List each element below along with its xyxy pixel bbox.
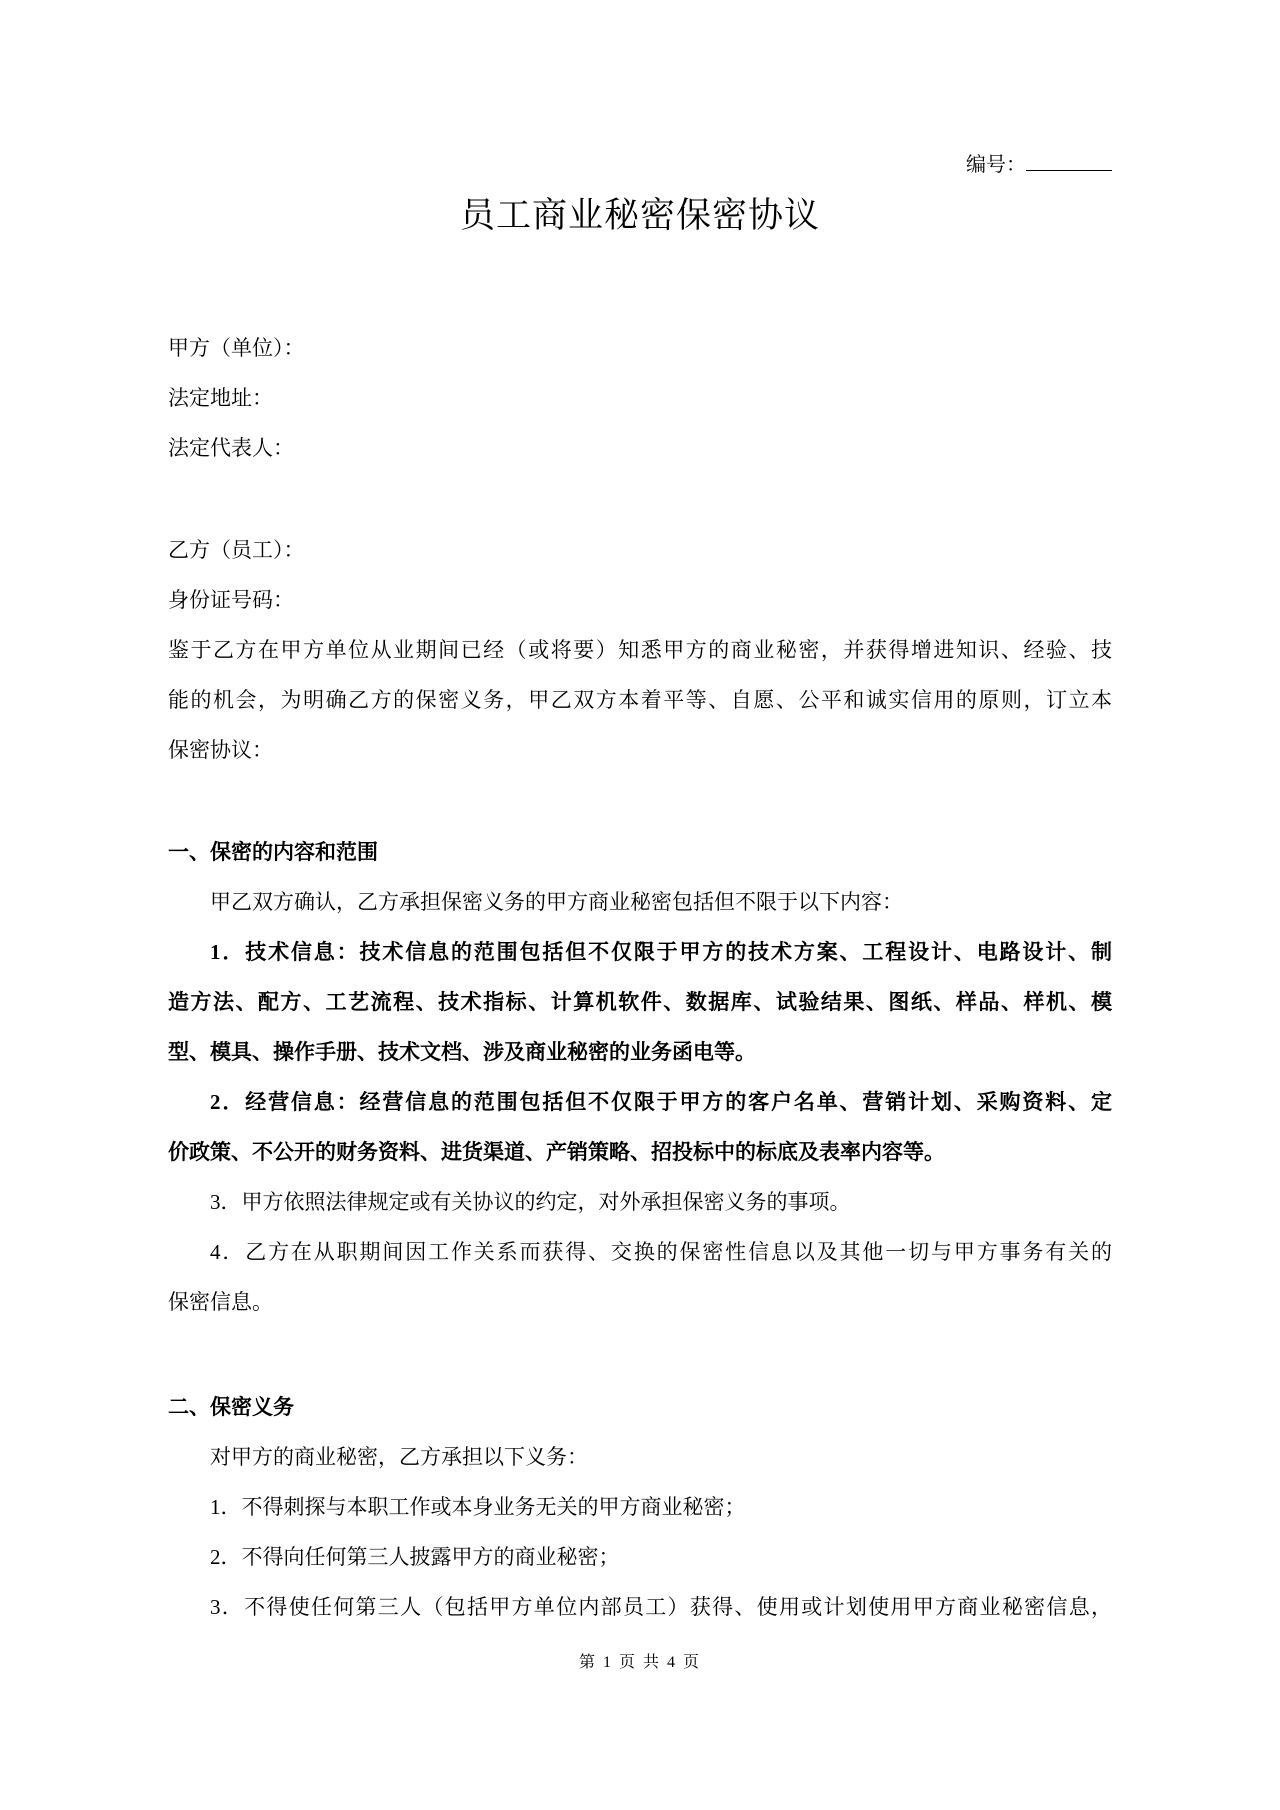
section-1-item-4-line-1: 4．乙方在从职期间因工作关系而获得、交换的保密性信息以及其他一切与甲方事务有关的: [168, 1227, 1112, 1277]
blank-line: [168, 473, 1112, 525]
section-2-intro: 对甲方的商业秘密，乙方承担以下义务：: [168, 1432, 1112, 1482]
doc-number-blank-line: [1026, 148, 1112, 171]
party-a-address-line: 法定地址：: [168, 373, 1112, 423]
page-footer: 第 1 页 共 4 页: [0, 1648, 1280, 1678]
doc-title: 员工商业秘密保密协议: [168, 190, 1112, 242]
section-1-intro: 甲乙双方确认，乙方承担保密义务的甲方商业秘密包括但不限于以下内容：: [168, 877, 1112, 927]
doc-number-row: 编号：: [168, 148, 1112, 178]
section-1-item-1-line-3: 型、模具、操作手册、技术文档、涉及商业秘密的业务函电等。: [168, 1027, 1112, 1077]
preamble-line-1: 鉴于乙方在甲方单位从业期间已经（或将要）知悉甲方的商业秘密，并获得增进知识、经验…: [168, 625, 1112, 675]
section-1-item-4-line-2: 保密信息。: [168, 1277, 1112, 1327]
preamble-line-3: 保密协议：: [168, 725, 1112, 775]
blank-line: [168, 775, 1112, 827]
section-2-heading: 二、保密义务: [168, 1382, 1112, 1432]
section-1-heading: 一、保密的内容和范围: [168, 827, 1112, 877]
party-b-name-line: 乙方（员工）：: [168, 525, 1112, 575]
document-page: 编号： 员工商业秘密保密协议 甲方（单位）： 法定地址： 法定代表人： 乙方（员…: [0, 0, 1280, 1810]
doc-number-label: 编号：: [966, 154, 1026, 176]
document-content: 编号： 员工商业秘密保密协议 甲方（单位）： 法定地址： 法定代表人： 乙方（员…: [168, 0, 1112, 1632]
section-1-item-1-line-1: 1．技术信息：技术信息的范围包括但不仅限于甲方的技术方案、工程设计、电路设计、制: [168, 927, 1112, 977]
blank-line: [168, 1327, 1112, 1382]
section-1-item-2-line-2: 价政策、不公开的财务资料、进货渠道、产销策略、招投标中的标底及表率内容等。: [168, 1127, 1112, 1177]
party-a-representative-line: 法定代表人：: [168, 423, 1112, 473]
preamble-line-2: 能的机会，为明确乙方的保密义务，甲乙双方本着平等、自愿、公平和诚实信用的原则，订…: [168, 675, 1112, 725]
party-a-name-line: 甲方（单位）：: [168, 323, 1112, 373]
section-1-item-1-line-2: 造方法、配方、工艺流程、技术指标、计算机软件、数据库、试验结果、图纸、样品、样机…: [168, 977, 1112, 1027]
section-1-item-2-line-1: 2．经营信息：经营信息的范围包括但不仅限于甲方的客户名单、营销计划、采购资料、定: [168, 1077, 1112, 1127]
section-2-item-2: 2．不得向任何第三人披露甲方的商业秘密；: [168, 1532, 1112, 1582]
section-2-item-1: 1．不得刺探与本职工作或本身业务无关的甲方商业秘密；: [168, 1482, 1112, 1532]
section-1-item-3: 3．甲方依照法律规定或有关协议的约定，对外承担保密义务的事项。: [168, 1177, 1112, 1227]
section-2-item-3: 3．不得使任何第三人（包括甲方单位内部员工）获得、使用或计划使用甲方商业秘密信息…: [168, 1582, 1112, 1632]
party-b-id-line: 身份证号码：: [168, 575, 1112, 625]
